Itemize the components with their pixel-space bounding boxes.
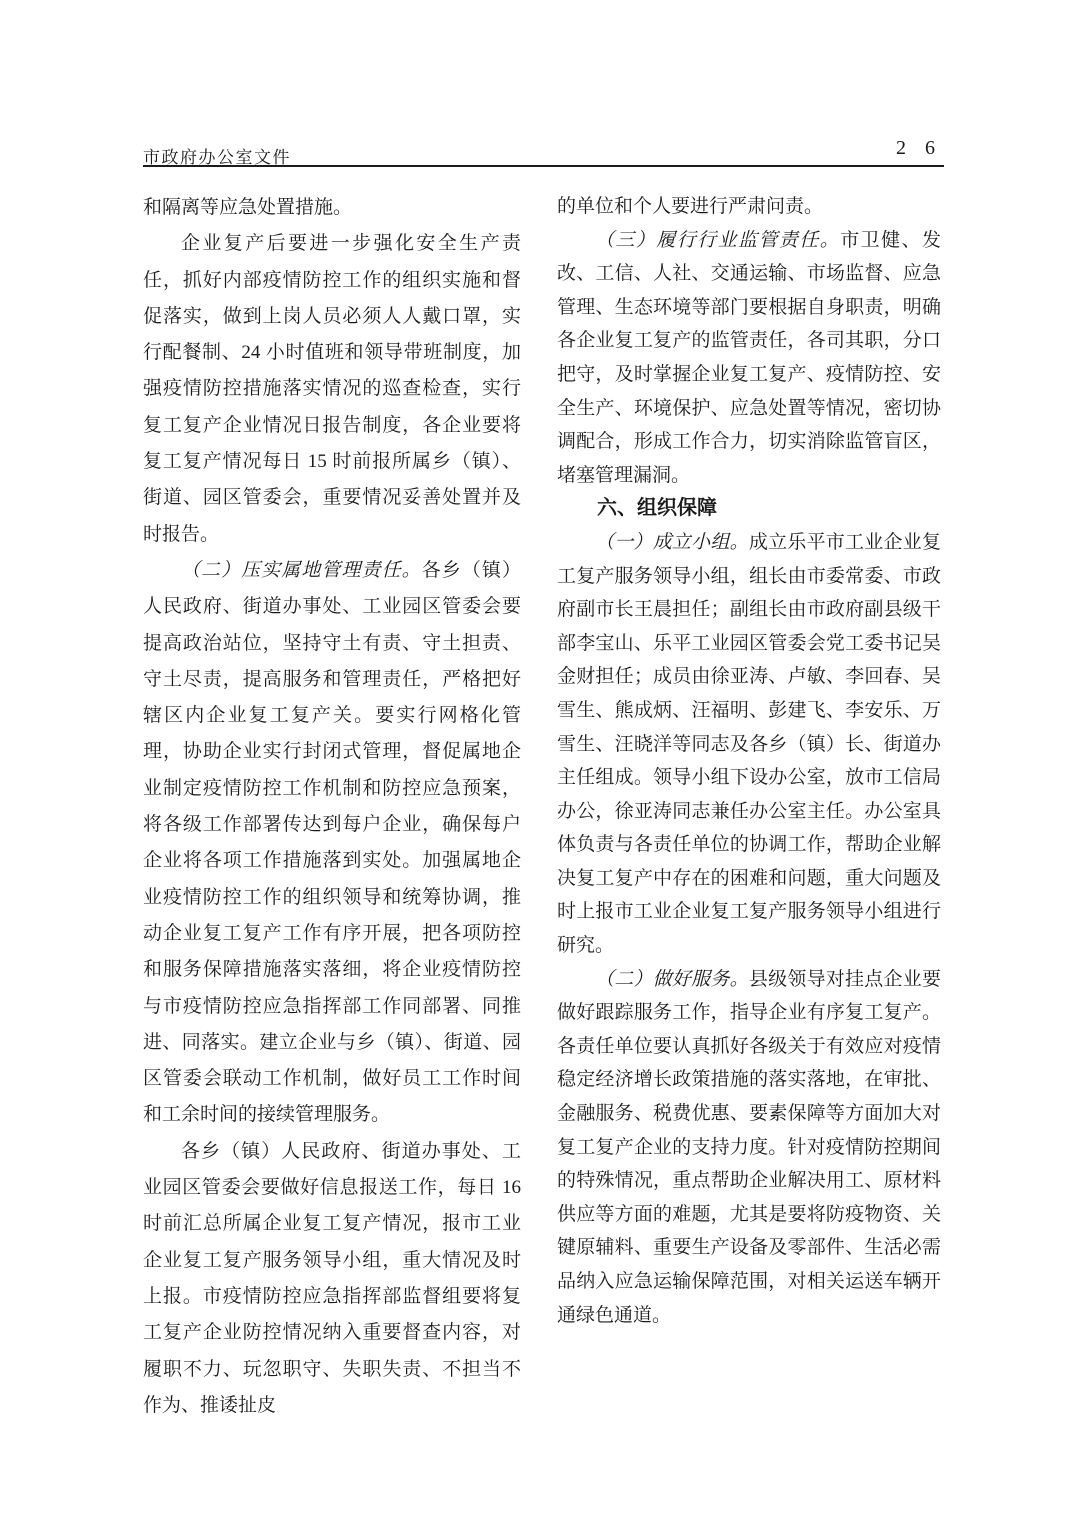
right-text-column: 的单位和个人要进行严肃问责。（三）履行行业监管责任。市卫健、发改、工信、人社、交… [557, 190, 941, 1332]
left-text-column: 和隔离等应急处置措施。企业复产后要进一步强化安全生产责任，抓好内部疫情防控工作的… [143, 190, 521, 1424]
paragraph: （三）履行行业监管责任。市卫健、发改、工信、人社、交通运输、市场监督、应急管理、… [557, 224, 941, 493]
paragraph: （一）成立小组。成立乐平市工业企业复工复产服务领导小组，组长由市委常委、市政府副… [557, 526, 941, 963]
text-run-kai: （三）履行行业监管责任。 [595, 230, 840, 251]
section-heading: 六、组织保障 [557, 492, 941, 526]
text-run-kai: （一）成立小组。 [595, 532, 749, 553]
text-run-kai: （二）压实属地管理责任。 [181, 560, 422, 581]
paragraph: 和隔离等应急处置措施。 [143, 190, 521, 226]
text-run-normal: 和隔离等应急处置措施。 [143, 197, 352, 218]
header-rule [143, 165, 944, 167]
text-run-normal: 市卫健、发改、工信、人社、交通运输、市场监督、应急管理、生态环境等部门要根据自身… [557, 230, 941, 486]
text-run-normal: 县级领导对挂点企业要做好跟踪服务工作，指导企业有序复工复产。各责任单位要认真抓好… [557, 969, 941, 1326]
text-run-normal: 的单位和个人要进行严肃问责。 [557, 196, 823, 217]
text-run-normal: 各乡（镇）人民政府、街道办事处、工业园区管委会要做好信息报送工作，每日 16 时… [143, 1141, 521, 1416]
paragraph: 企业复产后要进一步强化安全生产责任，抓好内部疫情防控工作的组织实施和督促落实，做… [143, 226, 521, 553]
text-run-normal: 各乡（镇）人民政府、街道办事处、工业园区管委会要提高政治站位，坚持守土有责、守土… [143, 560, 521, 1125]
paragraph: 各乡（镇）人民政府、街道办事处、工业园区管委会要做好信息报送工作，每日 16 时… [143, 1134, 521, 1424]
text-run-kai: （二）做好服务。 [595, 969, 749, 990]
text-run-normal: 企业复产后要进一步强化安全生产责任，抓好内部疫情防控工作的组织实施和督促落实，做… [143, 233, 521, 544]
paragraph: （二）压实属地管理责任。各乡（镇）人民政府、街道办事处、工业园区管委会要提高政治… [143, 553, 521, 1134]
text-run-bold: 六、组织保障 [597, 497, 717, 519]
paragraph: （二）做好服务。县级领导对挂点企业要做好跟踪服务工作，指导企业有序复工复产。各责… [557, 963, 941, 1333]
text-run-normal: 成立乐平市工业企业复工复产服务领导小组，组长由市委常委、市政府副市长王晨担任；副… [557, 532, 941, 956]
document-page: 市政府办公室文件 2 6 和隔离等应急处置措施。企业复产后要进一步强化安全生产责… [0, 0, 1074, 1520]
paragraph: 的单位和个人要进行严肃问责。 [557, 190, 941, 224]
page-number: 2 6 [896, 137, 942, 160]
